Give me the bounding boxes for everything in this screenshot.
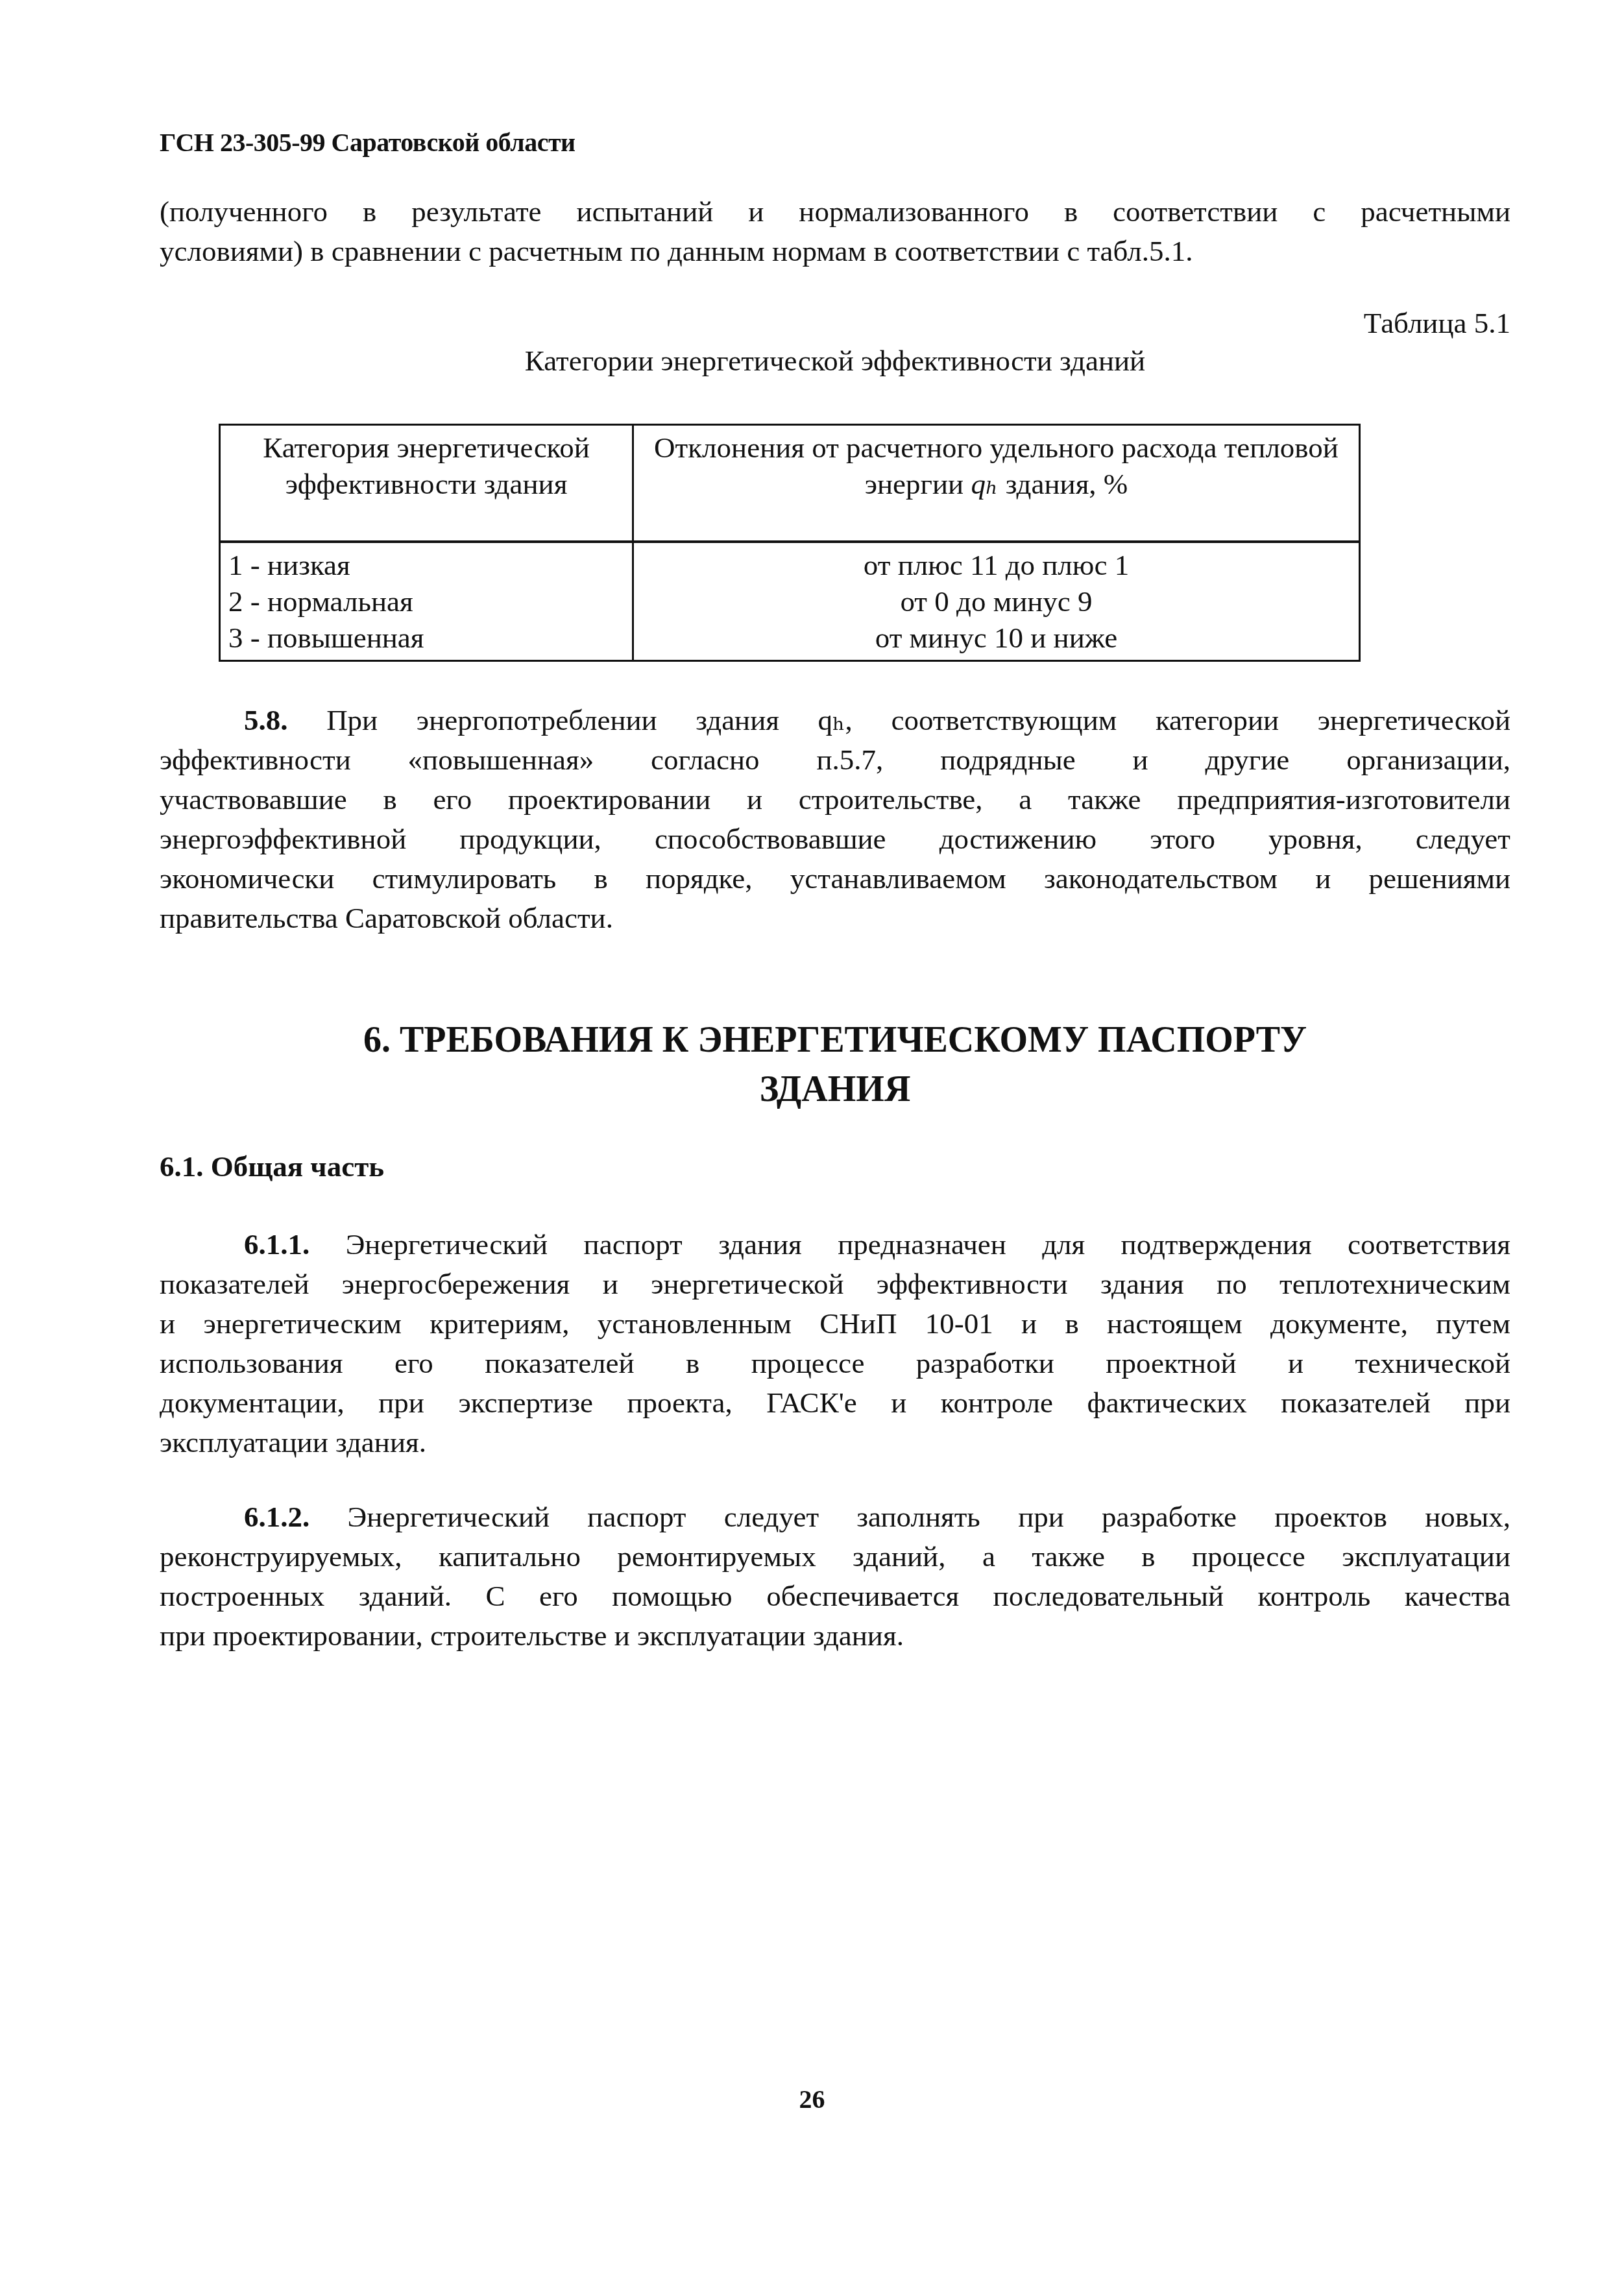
- line-text: Энергетический паспорт здания предназнач…: [346, 1228, 1510, 1261]
- deviation-value: от минус 10 и ниже: [642, 620, 1351, 656]
- paragraph-line: документации, при экспертизе проекта, ГА…: [160, 1383, 1510, 1423]
- paragraph-line: условиями) в сравнении с расчетным по да…: [160, 232, 1510, 271]
- clause-5-8: 5.8. При энергопотреблении здания qₕ, со…: [160, 701, 1510, 938]
- line-text: Энергетический паспорт следует заполнять…: [348, 1501, 1510, 1533]
- subsection-6-1-heading: 6.1. Общая часть: [160, 1150, 384, 1183]
- paragraph-line: 6.1.2. Энергетический паспорт следует за…: [160, 1497, 1510, 1537]
- page-number: 26: [0, 2084, 1624, 2114]
- category-value: 3 - повышенная: [228, 620, 624, 656]
- paragraph-line: эксплуатации здания.: [160, 1423, 1510, 1462]
- paragraph-line: при проектировании, строительстве и эксп…: [160, 1616, 1510, 1656]
- paragraph-line: энергоэффективной продукции, способствов…: [160, 819, 1510, 859]
- paragraph-line: использования его показателей в процессе…: [160, 1344, 1510, 1383]
- paragraph-line: построенных зданий. С его помощью обеспе…: [160, 1577, 1510, 1616]
- paragraph-line: реконструируемых, капитально ремонтируем…: [160, 1537, 1510, 1577]
- running-head: ГСН 23-305-99 Саратовской области: [160, 127, 576, 158]
- paragraph-line: экономически стимулировать в порядке, ус…: [160, 859, 1510, 899]
- heading-line: ЗДАНИЯ: [160, 1065, 1510, 1114]
- table-header-row: Категория энергетической эффективности з…: [220, 425, 1360, 542]
- paragraph-line: правительства Саратовской области.: [160, 899, 1510, 938]
- energy-efficiency-table: Категория энергетической эффективности з…: [219, 424, 1361, 662]
- category-value: 1 - низкая: [228, 547, 624, 583]
- paragraph-line: и энергетическим критериям, установленны…: [160, 1304, 1510, 1344]
- table-caption: Категории энергетической эффективности з…: [160, 344, 1510, 378]
- deviation-cell: от плюс 11 до плюс 1 от 0 до минус 9 от …: [633, 542, 1360, 661]
- clause-number: 6.1.1.: [244, 1228, 309, 1261]
- intro-paragraph: (полученного в результате испытаний и но…: [160, 192, 1510, 271]
- clause-6-1-1: 6.1.1. Энергетический паспорт здания пре…: [160, 1225, 1510, 1462]
- line-text: При энергопотреблении здания qₕ, соответ…: [326, 704, 1510, 736]
- paragraph-line: эффективности «повышенная» согласно п.5.…: [160, 740, 1510, 780]
- paragraph-line: 5.8. При энергопотреблении здания qₕ, со…: [160, 701, 1510, 740]
- header-text: здания, %: [998, 468, 1128, 500]
- table-row: 1 - низкая 2 - нормальная 3 - повышенная…: [220, 542, 1360, 661]
- table-label: Таблица 5.1: [160, 306, 1510, 340]
- paragraph-line: показателей энергосбережения и энергетич…: [160, 1264, 1510, 1304]
- heading-line: 6. ТРЕБОВАНИЯ К ЭНЕРГЕТИЧЕСКОМУ ПАСПОРТУ: [160, 1015, 1510, 1065]
- deviation-value: от 0 до минус 9: [642, 583, 1351, 620]
- table-header-category: Категория энергетической эффективности з…: [220, 425, 633, 542]
- category-cell: 1 - низкая 2 - нормальная 3 - повышенная: [220, 542, 633, 661]
- clause-number: 5.8.: [244, 704, 288, 736]
- paragraph-line: участвовавшие в его проектировании и стр…: [160, 780, 1510, 819]
- category-value: 2 - нормальная: [228, 583, 624, 620]
- clause-number: 6.1.2.: [244, 1501, 309, 1533]
- q-h-symbol: qₕ: [971, 468, 998, 500]
- clause-6-1-2: 6.1.2. Энергетический паспорт следует за…: [160, 1497, 1510, 1656]
- paragraph-line: 6.1.1. Энергетический паспорт здания пре…: [160, 1225, 1510, 1264]
- paragraph-line: (полученного в результате испытаний и но…: [160, 192, 1510, 232]
- table-header-deviation: Отклонения от расчетного удельного расхо…: [633, 425, 1360, 542]
- deviation-value: от плюс 11 до плюс 1: [642, 547, 1351, 583]
- section-6-heading: 6. ТРЕБОВАНИЯ К ЭНЕРГЕТИЧЕСКОМУ ПАСПОРТУ…: [160, 1015, 1510, 1114]
